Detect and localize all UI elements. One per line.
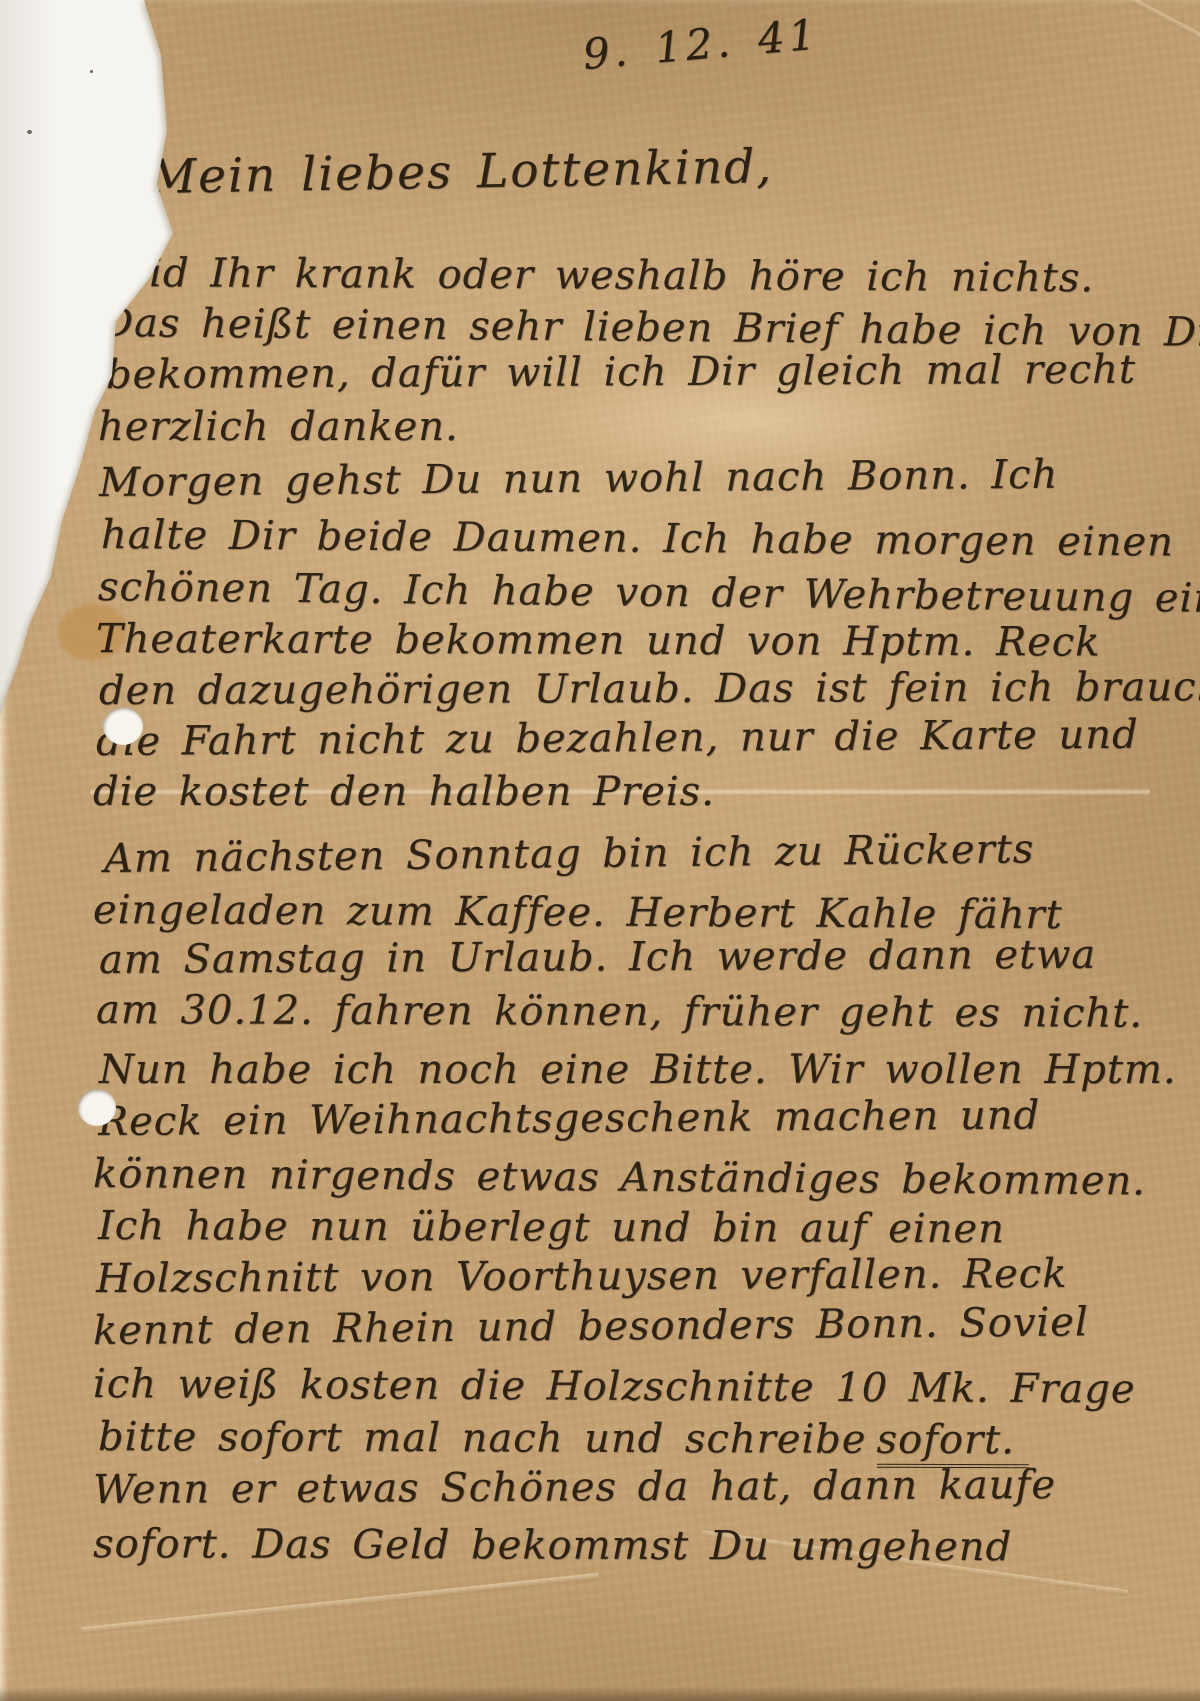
- aged-paper-sheet: 9. 12. 41 Mein liebes Lottenkind, seid I…: [0, 0, 1200, 1701]
- letter-line: Reck ein Weihnachtsgeschenk machen und: [98, 1092, 1040, 1145]
- letter-line: können nirgends etwas Anständiges bekomm…: [93, 1151, 1146, 1204]
- letter-line-text: bitte sofort mal nach und schreibe: [98, 1414, 867, 1463]
- punch-hole-bottom: [78, 1089, 116, 1126]
- dust-speck: [90, 70, 93, 73]
- letter-line: die Fahrt nicht zu bezahlen, nur die Kar…: [96, 712, 1139, 765]
- letter-line-with-underline: bitte sofort mal nach und schreibesofort…: [98, 1414, 1029, 1463]
- letter-line: am Samstag in Urlaub. Ich werde dann etw…: [99, 932, 1096, 983]
- underlined-word: sofort.: [876, 1417, 1029, 1469]
- letter-date: 9. 12. 41: [581, 9, 821, 78]
- punch-hole-top: [103, 707, 143, 745]
- letter-line: halte Dir beide Daumen. Ich habe morgen …: [101, 512, 1174, 565]
- dust-speck: [27, 130, 32, 134]
- letter-line: sofort. Das Geld bekommst Du umgehend: [93, 1521, 1012, 1570]
- letter-line: herzlich danken.: [98, 404, 459, 450]
- letter-line: die kostet den halben Preis.: [93, 769, 715, 815]
- paper-shadow-wrap: 9. 12. 41 Mein liebes Lottenkind, seid I…: [0, 0, 1200, 1701]
- letter-line: am 30.12. fahren können, früher geht es …: [96, 987, 1143, 1037]
- letter-line: bekommen, dafür will ich Dir gleich mal …: [106, 347, 1136, 398]
- scanned-letter-page: 9. 12. 41 Mein liebes Lottenkind, seid I…: [0, 0, 1200, 1701]
- letter-line: ich weiß kosten die Holzschnitte 10 Mk. …: [93, 1361, 1136, 1412]
- letter-line: Wenn er etwas Schönes da hat, dann kaufe: [93, 1462, 1056, 1513]
- letter-line: seid Ihr krank oder weshalb höre ich nic…: [103, 250, 1094, 301]
- letter-line: Am nächsten Sonntag bin ich zu Rückerts: [104, 826, 1035, 882]
- letter-line: Holzschnitt von Voorthuysen verfallen. R…: [96, 1251, 1068, 1302]
- letter-line: Morgen gehst Du nun wohl nach Bonn. Ich: [99, 452, 1059, 506]
- letter-line: kennt den Rhein und besonders Bonn. Sovi…: [93, 1299, 1089, 1354]
- letter-line: Ich habe nun überlegt und bin auf einen: [98, 1203, 1005, 1252]
- letter-line: schönen Tag. Ich habe von der Wehrbetreu…: [98, 564, 1200, 622]
- handwriting-layer: 9. 12. 41 Mein liebes Lottenkind, seid I…: [0, 0, 1200, 1701]
- letter-line: den dazugehörigen Urlaub. Das ist fein i…: [99, 664, 1200, 714]
- letter-line: Nun habe ich noch eine Bitte. Wir wollen…: [99, 1047, 1177, 1093]
- letter-line: eingeladen zum Kaffee. Herbert Kahle fäh…: [93, 887, 1063, 938]
- salutation-line: Mein liebes Lottenkind,: [148, 139, 774, 205]
- letter-line: Theaterkarte bekommen und von Hptm. Reck: [96, 616, 1101, 666]
